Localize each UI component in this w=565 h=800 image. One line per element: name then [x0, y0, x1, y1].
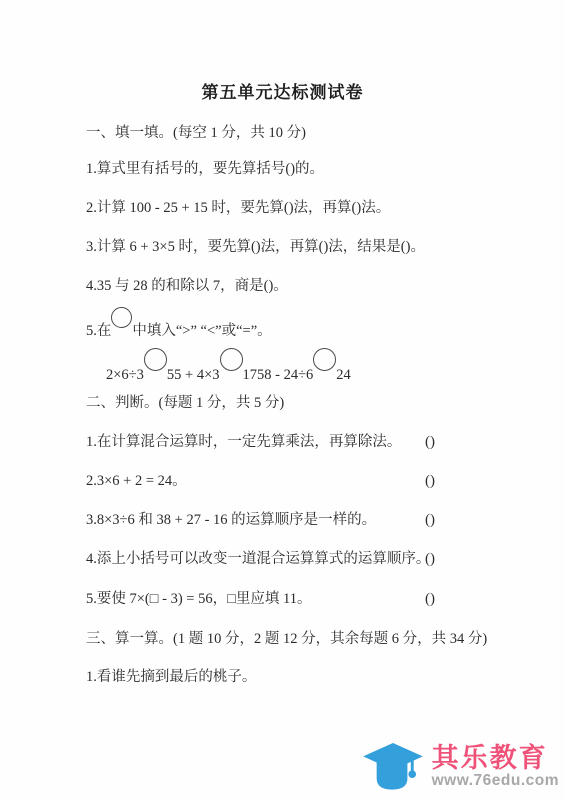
judge-item-2: 2.3×6 + 2 = 24。 () [86, 471, 539, 491]
judge-item-1-text: 1.在计算混合运算时，一定先算乘法，再算除法。 [86, 434, 401, 450]
section3-header: 三、算一算。(1 题 10 分，2 题 12 分，其余每题 6 分，共 34 分… [86, 629, 539, 649]
fill-item-2: 2.计算 100 - 25 + 15 时，要先算()法，再算()法。 [86, 198, 539, 218]
publisher-url: www.76edu.com [432, 772, 559, 790]
fill-item-3: 3.计算 6 + 3×5 时，要先算()法，再算()法，结果是()。 [86, 237, 539, 257]
compare-expr-4: 24 [336, 367, 351, 383]
compare-expressions-row: 2×6÷355 + 4×31758 - 24÷624 [86, 356, 559, 385]
compare-expr-2: 55 + 4×3 [167, 367, 220, 383]
judge-item-3: 3.8×3÷6 和 38 + 27 - 16 的运算顺序是一样的。 () [86, 510, 539, 530]
judge-item-1-answer-parens: () [425, 432, 435, 452]
answer-circle-icon [144, 348, 167, 371]
judge-item-4-answer-parens: () [425, 549, 435, 569]
judge-item-2-text: 2.3×6 + 2 = 24。 [86, 473, 187, 489]
publisher-name: 其乐教育 [432, 744, 548, 772]
test-paper-page: 第五单元达标测试卷 一、填一填。(每空 1 分，共 10 分) 1.算式里有括号… [0, 0, 565, 800]
calc-item-1: 1.看谁先摘到最后的桃子。 [86, 667, 539, 687]
judge-item-2-answer-parens: () [425, 471, 435, 491]
judge-item-4-text: 4.添上小括号可以改变一道混合运算算式的运算顺序。 [86, 551, 430, 567]
fill-item-1: 1.算式里有括号的，要先算括号()的。 [86, 159, 539, 179]
graduation-cap-icon [361, 742, 425, 792]
section2-header: 二、判断。(每题 1 分，共 5 分) [86, 393, 539, 413]
paper-content: 一、填一填。(每空 1 分，共 10 分) 1.算式里有括号的，要先算括号()的… [86, 0, 539, 800]
publisher-logo-text: 其乐教育 www.76edu.com [432, 744, 559, 790]
compare-expr-1: 2×6÷3 [106, 367, 144, 383]
fill-item-5-prefix: 5.在 [86, 323, 111, 339]
answer-circle-icon [111, 307, 132, 328]
answer-circle-icon [220, 348, 243, 371]
judge-item-5-answer-parens: () [425, 589, 435, 609]
fill-item-5-suffix: 中填入“>” “<”或“=”。 [132, 323, 271, 339]
answer-circle-icon [313, 348, 336, 371]
publisher-logo: 其乐教育 www.76edu.com [361, 742, 559, 792]
judge-item-5: 5.要使 7×(□ - 3) = 56，□里应填 11。 () [86, 589, 539, 609]
section1-header: 一、填一填。(每空 1 分，共 10 分) [86, 123, 539, 143]
compare-expr-3: 1758 - 24÷6 [243, 367, 314, 383]
judge-item-1: 1.在计算混合运算时，一定先算乘法，再算除法。 () [86, 432, 539, 452]
fill-item-5: 5.在中填入“>” “<”或“=”。 [86, 314, 539, 341]
judge-item-4: 4.添上小括号可以改变一道混合运算算式的运算顺序。 () [86, 549, 539, 569]
judge-item-3-text: 3.8×3÷6 和 38 + 27 - 16 的运算顺序是一样的。 [86, 512, 376, 528]
fill-item-4: 4.35 与 28 的和除以 7，商是()。 [86, 276, 539, 296]
judge-item-3-answer-parens: () [425, 510, 435, 530]
judge-item-5-text: 5.要使 7×(□ - 3) = 56，□里应填 11。 [86, 591, 311, 607]
